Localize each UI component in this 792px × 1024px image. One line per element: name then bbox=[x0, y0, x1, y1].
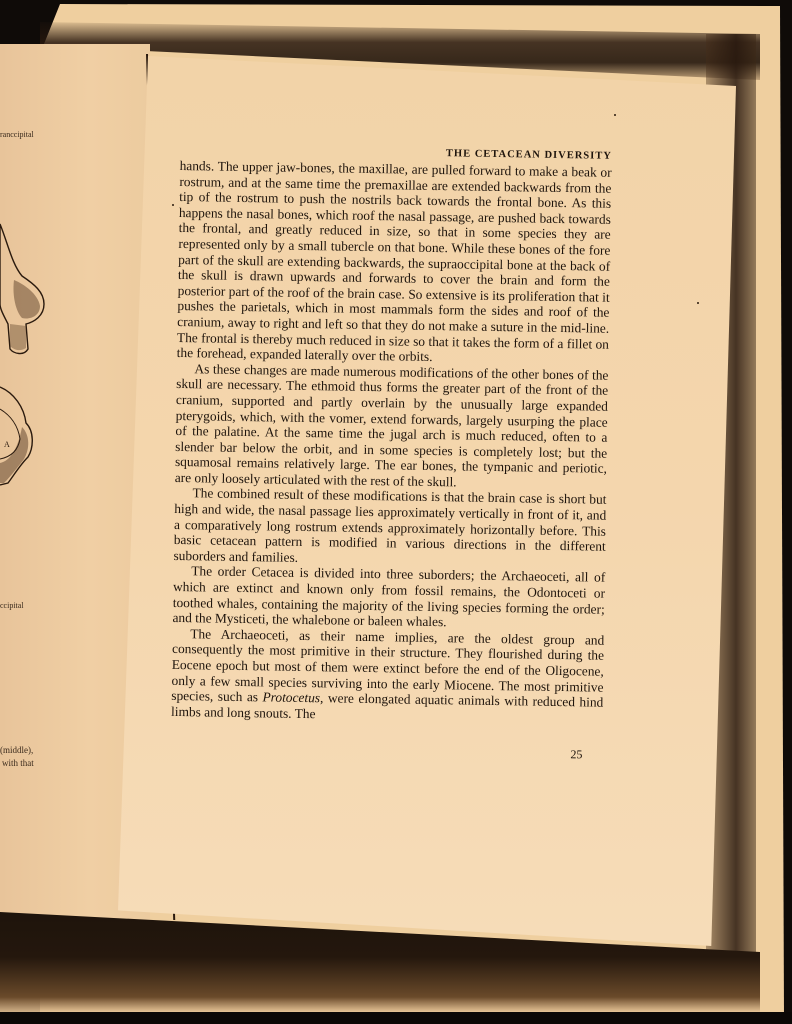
figure-label: ccipital bbox=[0, 601, 24, 610]
scan-edge bbox=[0, 1012, 792, 1024]
paragraph: hands. The upper jaw-bones, the maxillae… bbox=[177, 158, 612, 367]
paragraph: The combined result of these modificatio… bbox=[173, 485, 606, 570]
caption-fragment: with that bbox=[2, 758, 34, 768]
paragraph: The Archaeoceti, as their name implies, … bbox=[171, 626, 604, 726]
speck bbox=[172, 204, 174, 206]
speck bbox=[697, 302, 699, 304]
caption-fragment: (middle), bbox=[0, 745, 33, 755]
figure-label: ranccipital bbox=[0, 130, 34, 139]
paragraph: The order Cetacea is divided into three … bbox=[172, 563, 605, 632]
skull-illustration-upper-icon bbox=[0, 184, 50, 359]
page-text: THE CETACEAN DIVERSITY hands. The upper … bbox=[170, 144, 612, 763]
svg-text:A: A bbox=[4, 440, 10, 449]
paragraph: As these changes are made numerous modif… bbox=[175, 361, 609, 493]
skull-illustration-lower-icon: A bbox=[0, 379, 40, 499]
genus-name: Protocetus bbox=[262, 690, 320, 706]
speck bbox=[614, 114, 616, 116]
